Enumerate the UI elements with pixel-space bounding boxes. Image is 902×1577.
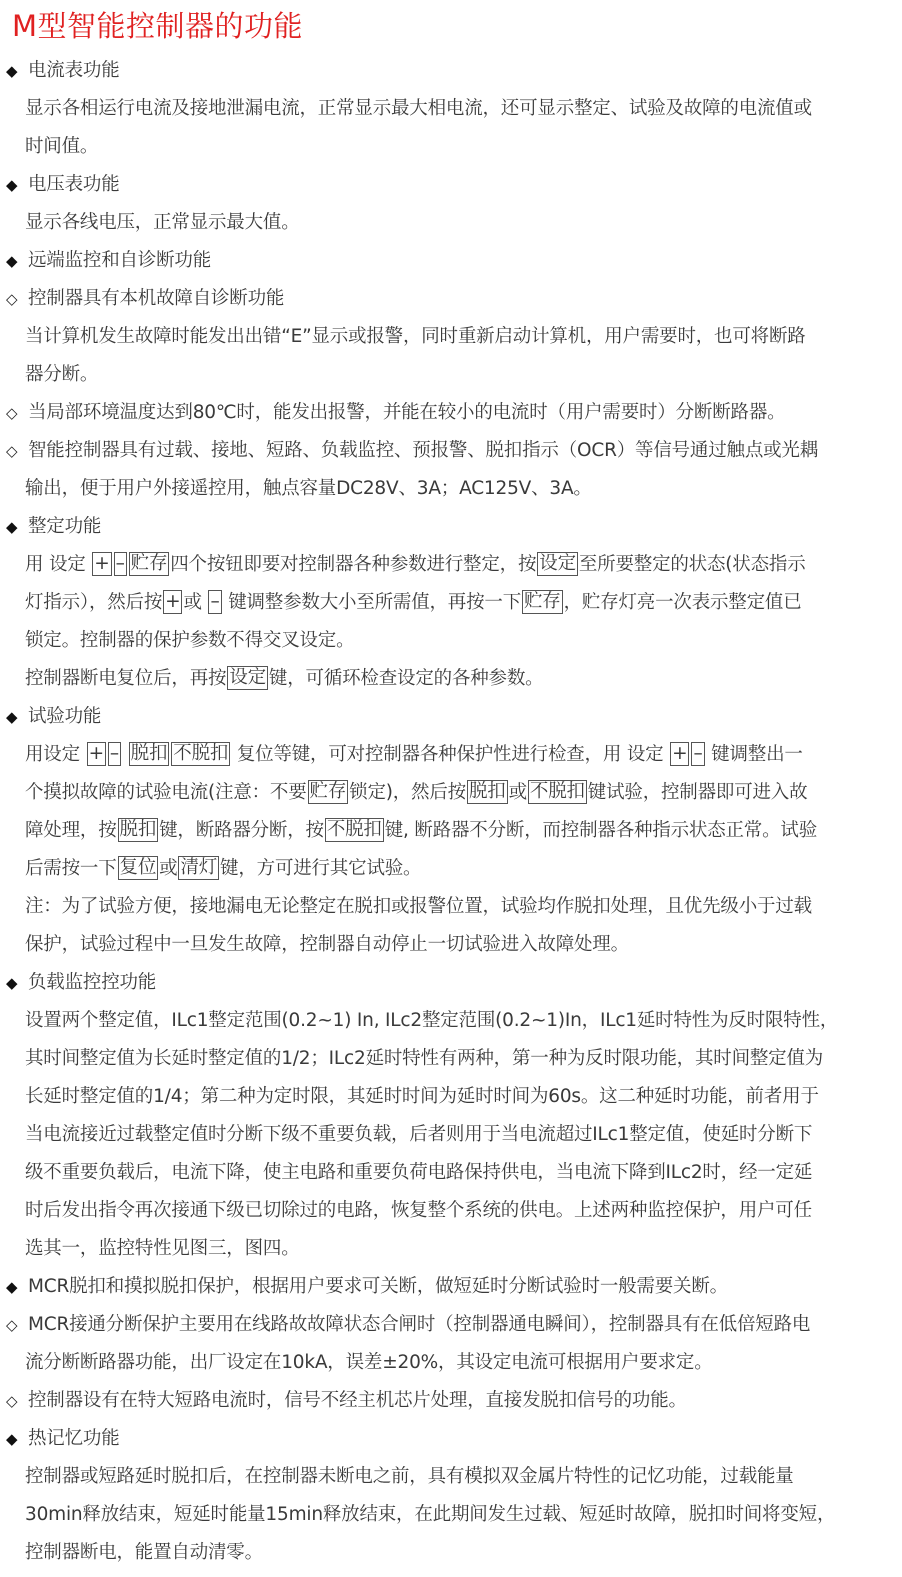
paragraph-line: 用设定 +– 脱扣不脱扣 复位等键，可对控制器各种保护性进行检查，用 设定 +–…	[25, 740, 803, 770]
text-run: 或	[183, 592, 207, 613]
text-run: 灯指示），然后按	[25, 592, 162, 613]
paragraph-line: 器分断。	[25, 360, 98, 390]
key-label-box: +	[163, 590, 182, 614]
paragraph-line: 流分断断路器功能，出厂设定在10kA，误差±20%，其设定电流可根据用户要求定。	[25, 1348, 713, 1378]
paragraph-line: 个摸拟故障的试验电流(注意：不要贮存锁定)，然后按脱扣或不脱扣键试验，控制器即可…	[25, 778, 807, 808]
section-heading: ◆远端监控和自诊断功能	[6, 246, 211, 276]
paragraph-line: 输出，便于用户外接遥控用，触点容量DC28V、3A；AC125V、3A。	[25, 474, 592, 504]
heading-text: 热记忆功能	[28, 1428, 120, 1449]
diamond-bullet-icon: ◆	[6, 246, 28, 276]
paragraph-line: 注：为了试验方便，接地漏电无论整定在脱扣或报警位置，试验均作脱扣处理，且优先级小…	[25, 892, 812, 922]
paragraph-line: 级不重要负载后，电流下降，使主电路和重要负荷电路保持供电，当电流下降到ILc2时…	[25, 1158, 812, 1188]
paragraph-line: 控制器或短路延时脱扣后，在控制器未断电之前，具有模拟双金属片特性的记忆功能，过载…	[25, 1462, 794, 1492]
text-run: 至所要整定的状态(状态指示	[579, 554, 806, 575]
text-run: 锁定)，然后按	[349, 782, 466, 803]
heading-text: MCR接通分断保护主要用在线路故故障状态合闸时（控制器通电瞬间），控制器具有在低…	[28, 1314, 810, 1335]
key-label-box: +	[92, 552, 111, 576]
paragraph-line: 显示各线电压，正常显示最大值。	[25, 208, 300, 238]
heading-text: 智能控制器具有过载、接地、短路、负载监控、预报警、脱扣指示（OCR）等信号通过触…	[28, 440, 818, 461]
section-heading: ◇智能控制器具有过载、接地、短路、负载监控、预报警、脱扣指示（OCR）等信号通过…	[6, 436, 818, 466]
key-label-box: 不脱扣	[325, 818, 384, 842]
key-label-box: +	[87, 742, 106, 766]
diamond-bullet-icon: ◆	[6, 170, 28, 200]
paragraph-line: 30min释放结束，短延时能量15min释放结束，在此期间发生过载、短延时故障，…	[25, 1500, 835, 1530]
heading-text: 控制器具有本机故障自诊断功能	[28, 288, 284, 309]
section-heading: ◇控制器具有本机故障自诊断功能	[6, 284, 284, 314]
key-label-box: 脱扣	[118, 818, 159, 842]
diamond-bullet-icon: ◆	[6, 56, 28, 86]
text-run: 用 设定	[25, 554, 91, 575]
key-label-box: 脱扣	[129, 742, 170, 766]
text-run: ，贮存灯亮一次表示整定值已	[564, 592, 802, 613]
paragraph-line: 控制器断电，能置自动清零。	[25, 1538, 263, 1568]
paragraph-line: 长延时整定值的1/4；第二种为定时限，其延时时间为延时时间为60s。这二种延时功…	[25, 1082, 819, 1112]
key-label-box: 设定	[537, 552, 578, 576]
key-label-box: –	[108, 742, 121, 766]
hollow-diamond-bullet-icon: ◇	[6, 436, 28, 466]
page-title: M型智能控制器的功能	[12, 4, 303, 45]
section-heading: ◆负载监控控功能	[6, 968, 156, 998]
text-run: 键调整参数大小至所需值，再按一下	[223, 592, 521, 613]
key-label-box: 贮存	[522, 590, 563, 614]
heading-text: 控制器设有在特大短路电流时，信号不经主机芯片处理，直接发脱扣信号的功能。	[28, 1390, 687, 1411]
section-heading: ◆电压表功能	[6, 170, 120, 200]
hollow-diamond-bullet-icon: ◇	[6, 1310, 28, 1340]
section-heading: ◆热记忆功能	[6, 1424, 120, 1454]
text-run: 或	[159, 858, 177, 879]
key-label-box: 贮存	[308, 780, 349, 804]
text-run: 键试验，控制器即可进入故	[588, 782, 808, 803]
paragraph-line: 时间值。	[25, 132, 98, 162]
diamond-bullet-icon: ◆	[6, 1424, 28, 1454]
key-label-box: 设定	[227, 666, 268, 690]
key-label-box: –	[114, 552, 127, 576]
text-run: 键, 断路器不分断，而控制器各种指示状态正常。试验	[385, 820, 817, 841]
section-heading: ◆整定功能	[6, 512, 101, 542]
paragraph-line: 当电流接近过载整定值时分断下级不重要负载，后者则用于当电流超过ILc1整定值，使…	[25, 1120, 812, 1150]
section-heading: ◇当局部环境温度达到80℃时，能发出报警，并能在较小的电流时（用户需要时）分断断…	[6, 398, 785, 428]
heading-text: 试验功能	[28, 706, 101, 727]
heading-text: 负载监控控功能	[28, 972, 156, 993]
heading-text: 整定功能	[28, 516, 101, 537]
text-run: 四个按钮即要对控制器各种参数进行整定，按	[170, 554, 536, 575]
paragraph-line: 锁定。控制器的保护参数不得交叉设定。	[25, 626, 354, 656]
diamond-bullet-icon: ◆	[6, 702, 28, 732]
heading-text: 电流表功能	[28, 60, 120, 81]
section-heading: ◆试验功能	[6, 702, 101, 732]
paragraph-line: 当计算机发生故障时能发出出错“E”显示或报警，同时重新启动计算机，用户需要时，也…	[25, 322, 806, 352]
text-run: 键，可循环检查设定的各种参数。	[269, 668, 544, 689]
diamond-bullet-icon: ◆	[6, 512, 28, 542]
key-label-box: –	[691, 742, 704, 766]
text-run: 键，方可进行其它试验。	[220, 858, 421, 879]
text-run: 键调整出一	[706, 744, 803, 765]
heading-text: MCR脱扣和摸拟脱扣保护，根据用户要求可关断，做短延时分断试验时一般需要关断。	[28, 1276, 728, 1297]
text-run: 用设定	[25, 744, 86, 765]
text-run: 个摸拟故障的试验电流(注意：不要	[25, 782, 307, 803]
section-heading: ◇控制器设有在特大短路电流时，信号不经主机芯片处理，直接发脱扣信号的功能。	[6, 1386, 687, 1416]
key-label-box: +	[670, 742, 689, 766]
paragraph-line: 控制器断电复位后，再按设定键，可循环检查设定的各种参数。	[25, 664, 543, 694]
text-run: 复位等键，可对控制器各种保护性进行检查，用 设定	[231, 744, 669, 765]
text-run	[122, 744, 128, 765]
paragraph-line: 障处理，按脱扣键，断路器分断，按不脱扣键, 断路器不分断，而控制器各种指示状态正…	[25, 816, 817, 846]
text-run: 后需按一下	[25, 858, 117, 879]
paragraph-line: 显示各相运行电流及接地泄漏电流，正常显示最大相电流，还可显示整定、试验及故障的电…	[25, 94, 812, 124]
key-label-box: 清灯	[178, 856, 219, 880]
paragraph-line: 时后发出指令再次接通下级已切除过的电路，恢复整个系统的供电。上述两种监控保护，用…	[25, 1196, 812, 1226]
key-label-box: 不脱扣	[528, 780, 587, 804]
diamond-bullet-icon: ◆	[6, 968, 28, 998]
section-heading: ◆电流表功能	[6, 56, 120, 86]
heading-text: 当局部环境温度达到80℃时，能发出报警，并能在较小的电流时（用户需要时）分断断路…	[28, 402, 785, 423]
paragraph-line: 其时间整定值为长延时整定值的1/2；ILc2延时特性有两种，第一种为反时限功能，…	[25, 1044, 823, 1074]
key-label-box: 贮存	[129, 552, 170, 576]
paragraph-line: 设置两个整定值，ILc1整定范围(0.2~1) In, ILc2整定范围(0.2…	[25, 1006, 838, 1036]
heading-text: 电压表功能	[28, 174, 120, 195]
section-heading: ◇MCR接通分断保护主要用在线路故故障状态合闸时（控制器通电瞬间），控制器具有在…	[6, 1310, 810, 1340]
paragraph-line: 灯指示），然后按+或 – 键调整参数大小至所需值，再按一下贮存，贮存灯亮一次表示…	[25, 588, 802, 618]
section-heading: ◆MCR脱扣和摸拟脱扣保护，根据用户要求可关断，做短延时分断试验时一般需要关断。	[6, 1272, 728, 1302]
text-run: 障处理，按	[25, 820, 117, 841]
text-run: 键，断路器分断，按	[159, 820, 324, 841]
heading-text: 远端监控和自诊断功能	[28, 250, 211, 271]
text-run: 控制器断电复位后，再按	[25, 668, 226, 689]
key-label-box: 复位	[118, 856, 159, 880]
paragraph-line: 选其一，监控特性见图三，图四。	[25, 1234, 300, 1264]
hollow-diamond-bullet-icon: ◇	[6, 1386, 28, 1416]
hollow-diamond-bullet-icon: ◇	[6, 398, 28, 428]
paragraph-line: 用 设定 +–贮存四个按钮即要对控制器各种参数进行整定，按设定至所要整定的状态(…	[25, 550, 806, 580]
key-label-box: –	[208, 590, 221, 614]
key-label-box: 脱扣	[467, 780, 508, 804]
diamond-bullet-icon: ◆	[6, 1272, 28, 1302]
paragraph-line: 保护，试验过程中一旦发生故障，控制器自动停止一切试验进入故障处理。	[25, 930, 629, 960]
text-run: 或	[509, 782, 527, 803]
paragraph-line: 后需按一下复位或清灯键，方可进行其它试验。	[25, 854, 421, 884]
hollow-diamond-bullet-icon: ◇	[6, 284, 28, 314]
key-label-box: 不脱扣	[171, 742, 230, 766]
